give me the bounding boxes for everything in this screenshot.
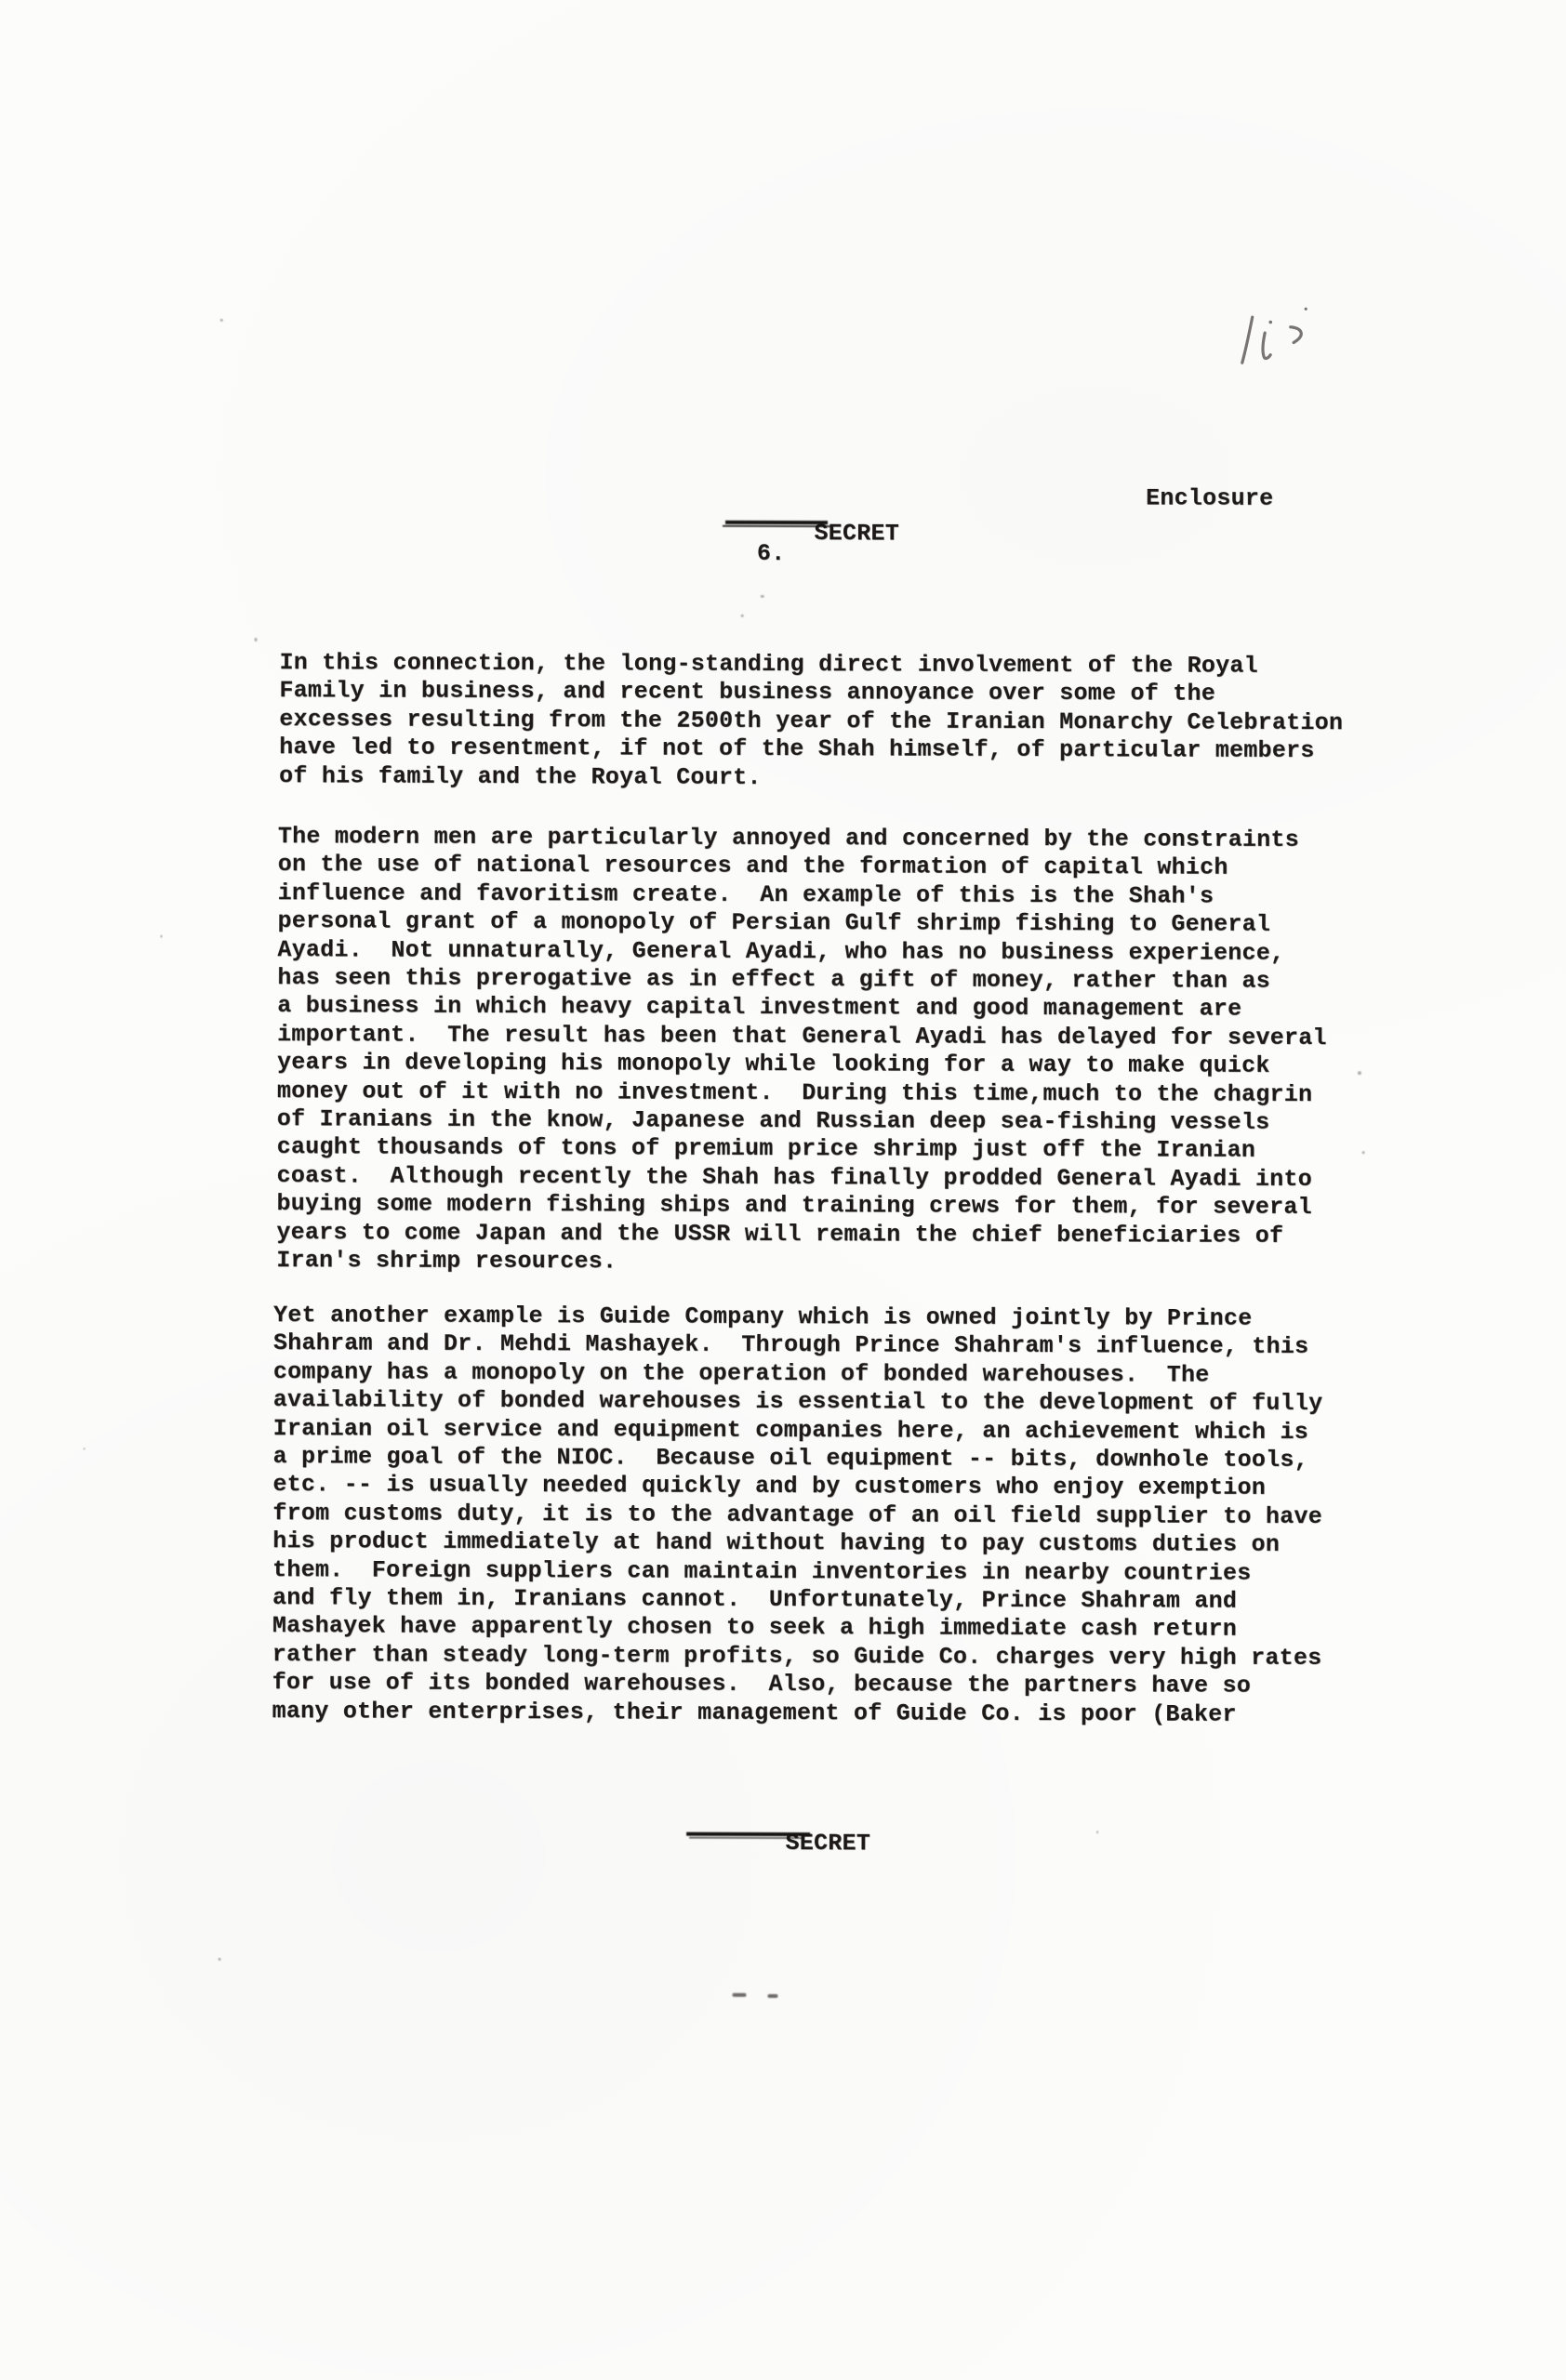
scan-stray-dash bbox=[767, 1994, 777, 1998]
handwritten-annotation bbox=[1231, 300, 1326, 377]
handwriting-strokes bbox=[1231, 300, 1326, 377]
scan-speckle bbox=[255, 638, 258, 641]
classification-underline-2 bbox=[723, 525, 830, 528]
scan-speckle bbox=[1358, 1071, 1361, 1075]
classification-footer-underline bbox=[686, 1832, 810, 1836]
classification-footer-underline-2 bbox=[689, 1837, 804, 1839]
classification-footer: SECRET bbox=[700, 1802, 871, 1944]
classification-header: SECRET bbox=[729, 492, 900, 634]
body-paragraph-2: The modern men are particularly annoyed … bbox=[276, 823, 1375, 1279]
scan-speckle bbox=[1362, 1151, 1365, 1154]
scan-speckle bbox=[1096, 1831, 1098, 1833]
scan-stray-dash bbox=[733, 1993, 747, 1997]
body-paragraph-3: Yet another example is Guide Company whi… bbox=[272, 1302, 1372, 1729]
page-number: 6. bbox=[757, 540, 786, 569]
classification-underline bbox=[725, 521, 828, 524]
scan-speckle bbox=[741, 615, 744, 617]
scan-speckle bbox=[84, 1448, 86, 1449]
enclosure-label: Enclosure bbox=[1146, 484, 1273, 513]
typed-content: SECRET Enclosure 6. In this connection, … bbox=[0, 0, 1566, 2380]
scan-speckle bbox=[160, 935, 162, 938]
document-page: SECRET Enclosure 6. In this connection, … bbox=[0, 0, 1566, 2380]
scan-speckle bbox=[761, 595, 764, 598]
scan-stray-mark bbox=[732, 1991, 788, 2001]
scan-speckle bbox=[219, 1958, 221, 1961]
classification-header-text: SECRET bbox=[814, 521, 899, 548]
scan-speckle bbox=[220, 319, 223, 322]
body-paragraph-1: In this connection, the long-standing di… bbox=[279, 649, 1377, 794]
